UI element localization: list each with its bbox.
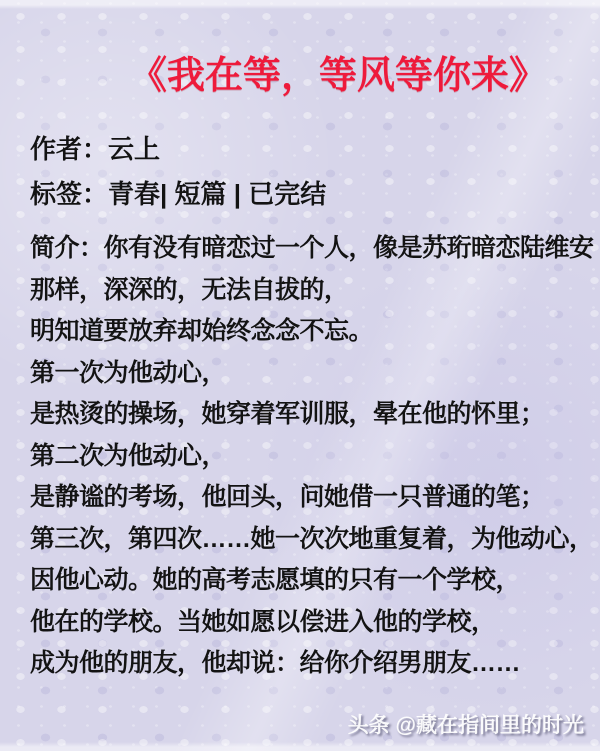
synopsis: 简介：你有没有暗恋过一个人，像是苏珩暗恋陆维安 那样，深深的，无法自拔的， 明知…: [30, 228, 582, 685]
synopsis-line: 他在的学校。当她如愿以偿进入他的学校，: [30, 602, 582, 644]
synopsis-line: 因他心动。她的高考志愿填的只有一个学校，: [30, 560, 582, 602]
tags-line: 标签：青春| 短篇 | 已完结: [30, 172, 600, 217]
synopsis-line: 是静谧的考场，他回头，问她借一只普通的笔；: [30, 477, 582, 519]
synopsis-line: 明知道要放弃却始终念念不忘。: [30, 311, 582, 353]
book-intro-card: 《我在等，等风等你来》 作者：云上 标签：青春| 短篇 | 已完结 简介：你有没…: [0, 0, 600, 751]
synopsis-line: 是热烫的操场，她穿着军训服，晕在他的怀里；: [30, 394, 582, 436]
synopsis-line: 第三次，第四次……她一次次地重复着，为他动心，: [30, 519, 582, 561]
synopsis-line: 第二次为他动心，: [30, 436, 582, 478]
book-title: 《我在等，等风等你来》: [38, 0, 600, 99]
synopsis-line: 成为他的朋友，他却说：给你介绍男朋友……: [30, 643, 582, 685]
author-line: 作者：云上: [30, 127, 600, 172]
book-meta: 作者：云上 标签：青春| 短篇 | 已完结: [30, 127, 600, 217]
synopsis-line: 那样，深深的，无法自拔的，: [30, 270, 582, 312]
synopsis-line: 简介：你有没有暗恋过一个人，像是苏珩暗恋陆维安: [30, 228, 582, 270]
watermark-credit: 头条 @藏在指间里的时光: [348, 709, 584, 739]
synopsis-line: 第一次为他动心，: [30, 353, 582, 395]
